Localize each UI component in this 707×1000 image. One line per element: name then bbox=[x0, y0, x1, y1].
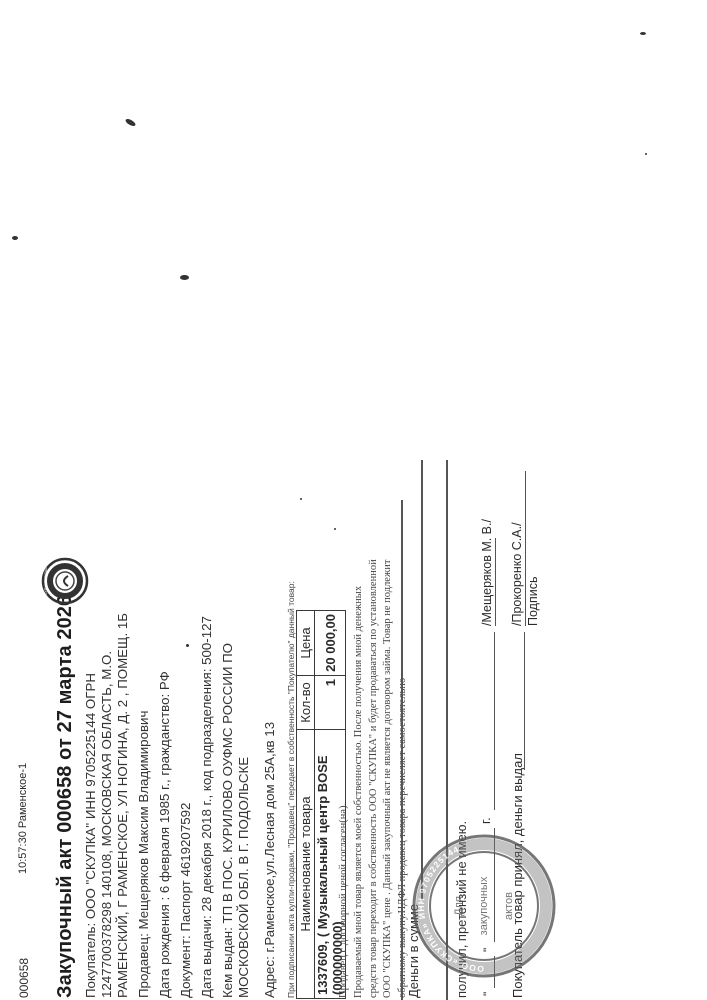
scan-speck bbox=[12, 236, 18, 240]
item-price: 20 000,00 bbox=[315, 611, 346, 676]
scan-speck bbox=[334, 528, 336, 530]
divider-line bbox=[401, 500, 403, 1000]
seller-address: Адрес: г.Раменское,ул.Лесная дом 25А,кв … bbox=[262, 722, 278, 998]
header-price: Цена bbox=[297, 611, 315, 676]
header-quantity: Кол-во bbox=[297, 676, 315, 730]
scan-speck bbox=[300, 498, 302, 500]
document-page: 000658 10:57:30 Раменское-1 Закупочный а… bbox=[0, 0, 707, 1000]
stamp-line-3: актов bbox=[503, 892, 515, 920]
price-agreement: Продавец с договорной ценой согласен(на)… bbox=[338, 803, 349, 998]
seller-document: Документ: Паспорт 4619207592 bbox=[178, 803, 194, 998]
stamp-line-2: закупочных bbox=[478, 876, 490, 935]
buyer-signature-name: /Прокоренко С.А./ bbox=[510, 522, 524, 626]
header-item-name: Наименование товара bbox=[297, 730, 315, 999]
seller-signature-line bbox=[494, 632, 495, 810]
date-year-suffix: г. bbox=[478, 817, 493, 824]
buyer-signature-line bbox=[524, 632, 525, 770]
buyer-info: Покупатель: ООО "СКУПКА" ИНН 9705225144 … bbox=[83, 603, 131, 998]
stamp-line-1: Для bbox=[453, 896, 465, 916]
seller-birth: Дата рождения : 6 февраля 1985 г., гражд… bbox=[157, 671, 173, 998]
company-logo-stamp: КУПИ ПРОДАЙ bbox=[41, 557, 89, 605]
print-time-location: 10:57:30 Раменское-1 bbox=[17, 763, 29, 874]
scan-speck bbox=[640, 32, 646, 35]
seller-name-underline bbox=[495, 538, 496, 626]
signature-label: Подпись bbox=[526, 577, 540, 626]
seller-issue-date: Дата выдачи: 28 декабря 2018 г., код под… bbox=[199, 616, 215, 998]
scan-speck bbox=[186, 644, 189, 647]
seller-signature-name: /Мещеряков М. В./ bbox=[480, 519, 494, 626]
goods-table-header: Наименование товара Кол-во Цена bbox=[297, 611, 315, 999]
document-number: 000658 bbox=[17, 958, 31, 998]
seller-name: Продавец: Мещеряков Максим Владимирович bbox=[136, 711, 152, 998]
scan-speck bbox=[124, 118, 136, 128]
scan-speck bbox=[180, 275, 189, 280]
document-title: Закупочный акт 000658 от 27 марта 2026 г… bbox=[54, 577, 77, 998]
scan-speck bbox=[645, 153, 647, 155]
seller-issued-by: Кем выдан: ТП В ПОС. КУРИЛОВО ОУФМС РОСС… bbox=[220, 583, 252, 998]
logo-text: КУПИ ПРОДАЙ bbox=[43, 567, 48, 596]
transfer-note: При подписании акта купли-продажи, "Прод… bbox=[286, 581, 296, 998]
date-quote-open: " bbox=[481, 992, 495, 996]
company-round-stamp: ООО «СКУПКА» ИНН 9705225144 Для закупочн… bbox=[410, 832, 558, 980]
item-quantity: 1 bbox=[315, 676, 346, 730]
